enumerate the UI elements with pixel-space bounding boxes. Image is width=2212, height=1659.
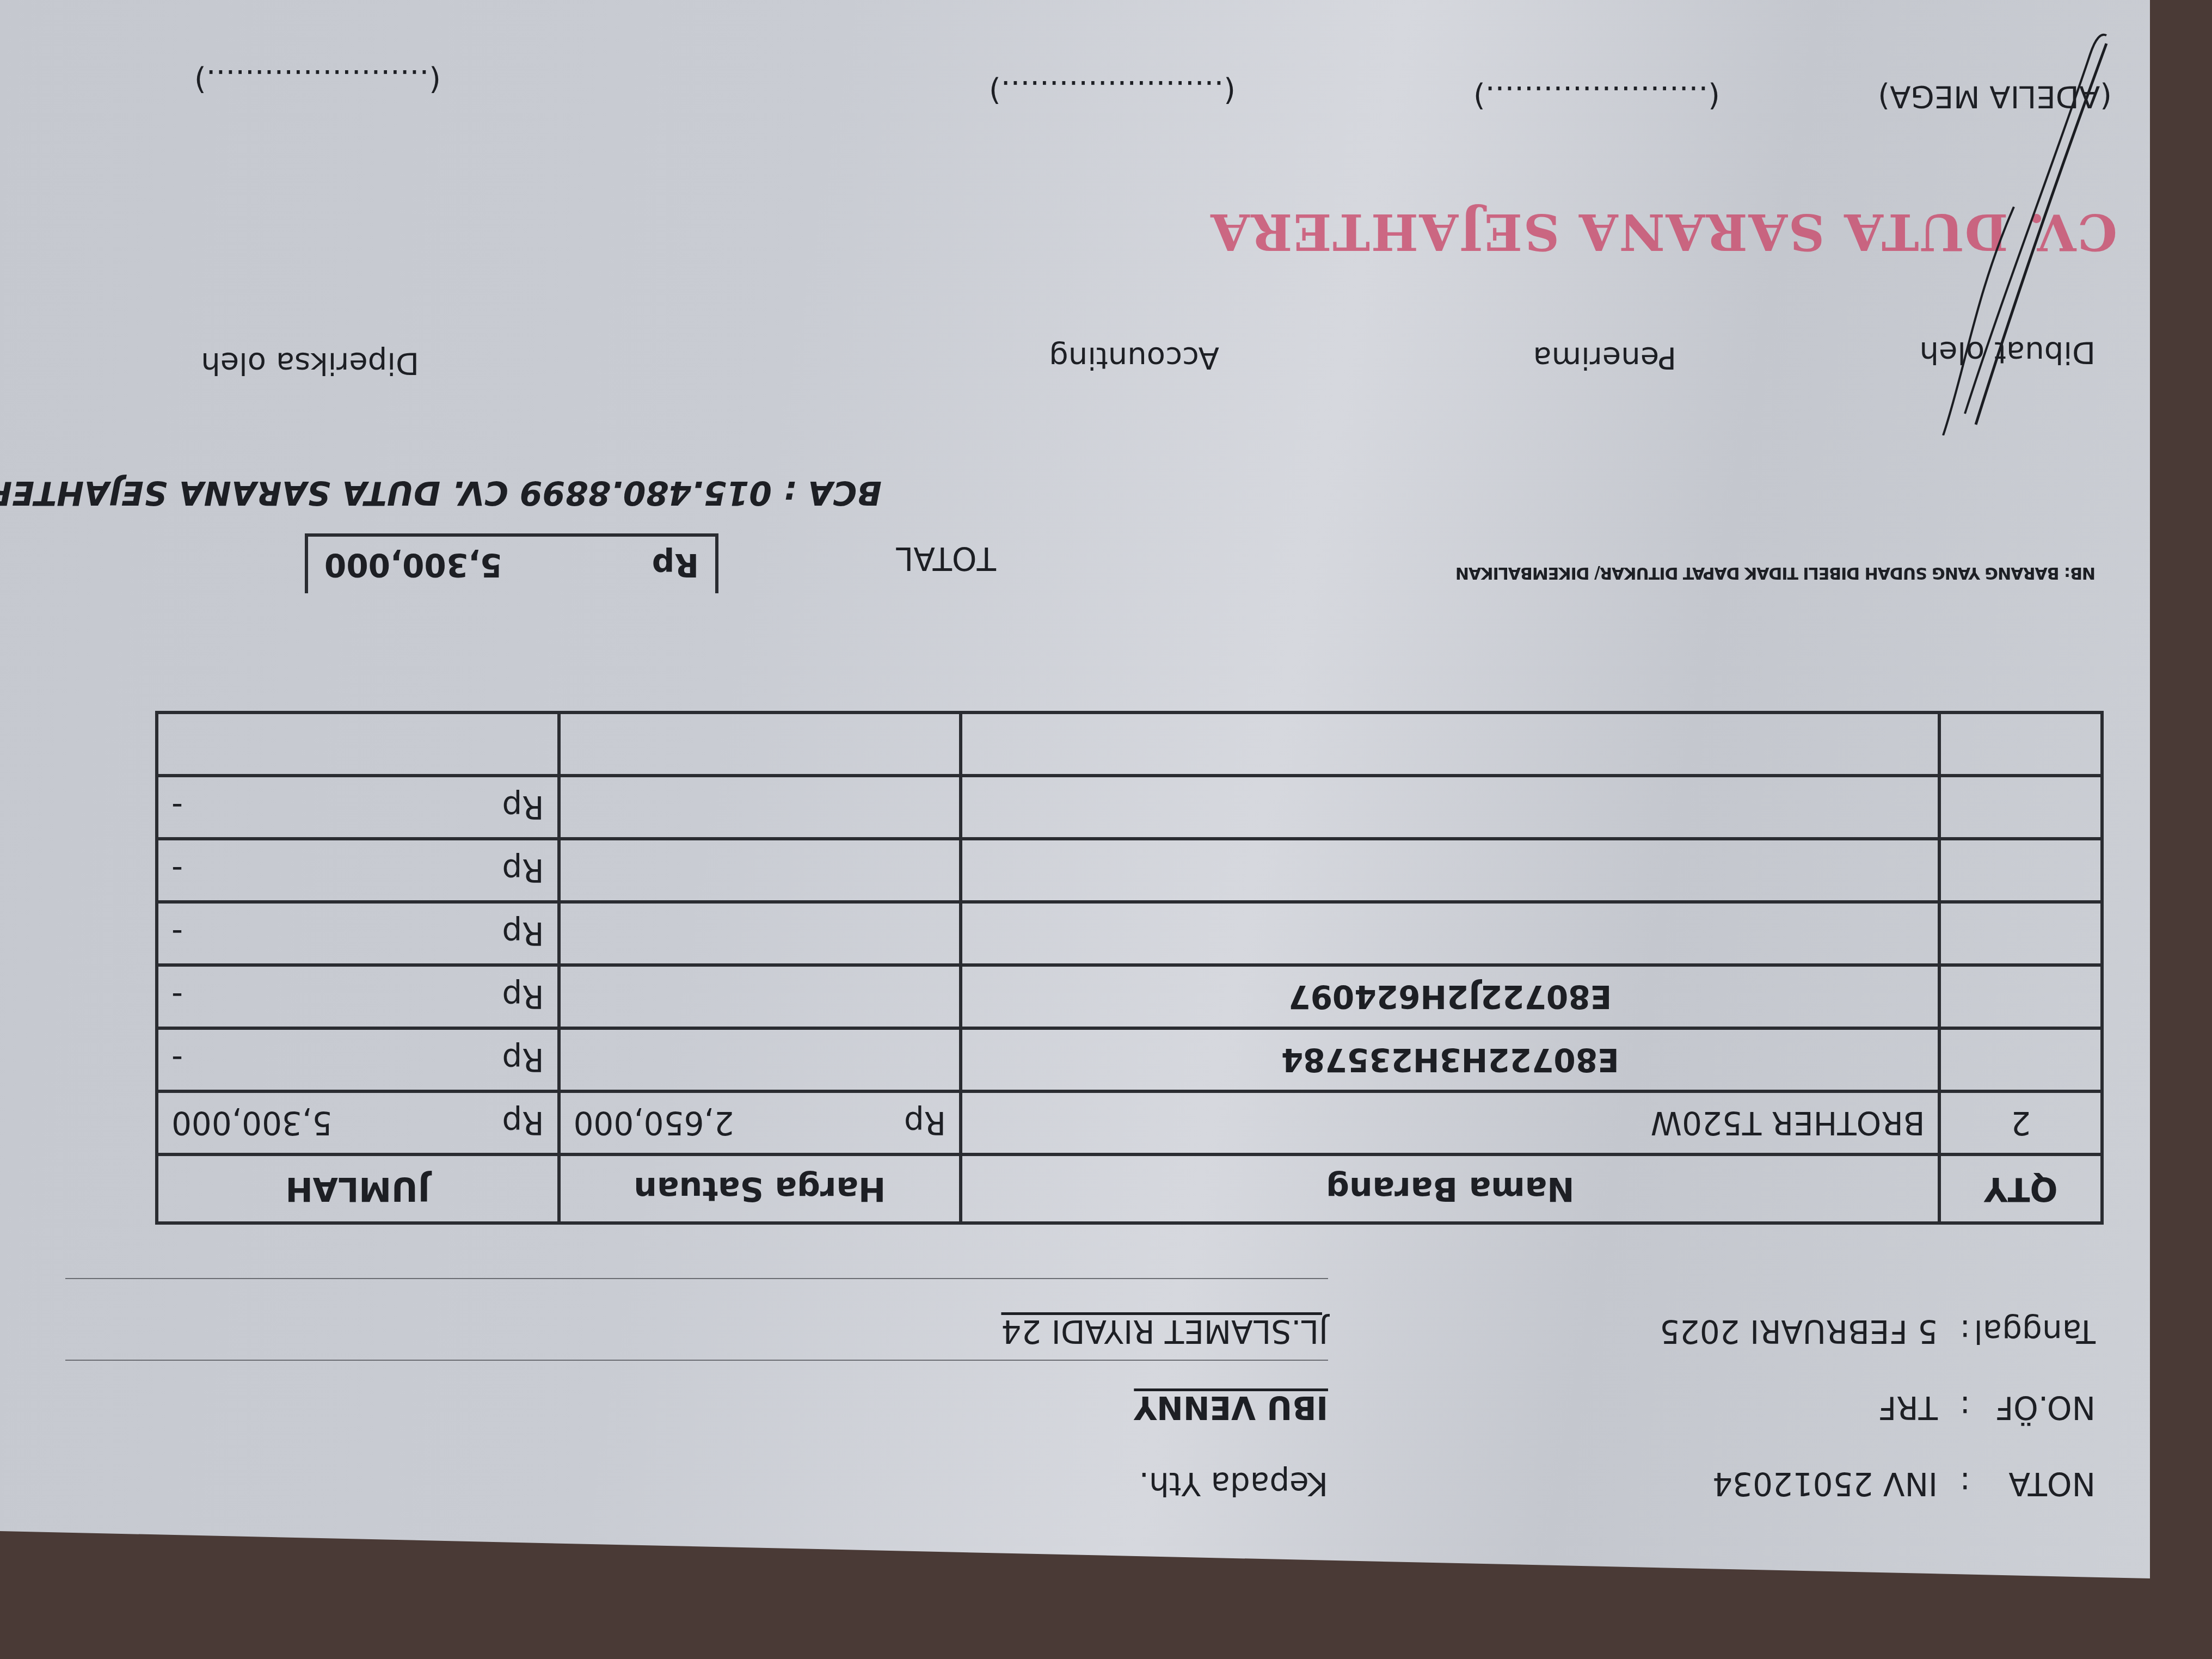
amount-value: 5,300,000 — [171, 1104, 332, 1141]
receiver-name-blank: (.......................) — [1473, 79, 1720, 114]
row-amount: Rp- — [157, 902, 559, 965]
col-amount: JUMLAH — [157, 1154, 559, 1223]
amount-value: - — [171, 978, 183, 1015]
row-amount: Rp- — [157, 965, 559, 1028]
table-row: Rp- — [157, 776, 2102, 839]
nof-value: TRF — [1878, 1389, 1938, 1426]
nota-number: INV 25012034 — [1712, 1465, 1938, 1502]
table-row: E80722J2H624097 Rp- — [157, 965, 2102, 1028]
col-qty: QTY — [1939, 1154, 2102, 1223]
row-item-name — [961, 839, 1939, 902]
table-row: Rp- — [157, 902, 2102, 965]
date-line: Tanggal:5 FEBRUARI 2025 — [1660, 1313, 2096, 1350]
row-unit-price — [559, 839, 961, 902]
row-amount: Rp5,300,000 — [157, 1091, 559, 1154]
row-qty — [1939, 839, 2102, 902]
made-by-name: (ADELIA MEGA) — [1878, 79, 2112, 114]
table-row: 2 BROTHER T520W Rp2,650,000 Rp5,300,000 — [157, 1091, 2102, 1154]
row-unit-price — [559, 1028, 961, 1091]
bank-account: BCA : 015.480.8899 CV. DUTA SARANA SEJAH… — [0, 474, 882, 512]
row-amount: Rp- — [157, 1028, 559, 1091]
amount-currency: Rp — [502, 1041, 544, 1078]
total-cell: Rp 5,300,000 — [305, 533, 718, 593]
date-label: Tanggal — [1970, 1313, 2096, 1350]
recipient-label: Kepada Yth. — [1139, 1465, 1328, 1502]
checked-by-label: Diperiksa oleh — [201, 346, 419, 381]
customer-address: JL.SLAMET RIYADI 24 — [1001, 1313, 1328, 1350]
amount-value: - — [171, 852, 183, 889]
row-amount — [157, 712, 559, 776]
row-qty — [1939, 965, 2102, 1028]
unit-price-value: 2,650,000 — [574, 1104, 734, 1141]
amount-currency: Rp — [502, 1104, 544, 1141]
row-unit-price — [559, 712, 961, 776]
total-currency: Rp — [652, 546, 699, 583]
amount-currency: Rp — [502, 852, 544, 889]
accounting-label: Accounting — [1049, 340, 1219, 376]
unit-currency: Rp — [904, 1104, 946, 1141]
nof-line: NO.ÖF:TRF — [1878, 1389, 2096, 1426]
nof-separator: : — [1938, 1389, 1970, 1426]
nof-label: NO.ÖF — [1970, 1389, 2096, 1426]
amount-value: - — [171, 1041, 183, 1078]
customer-underline — [65, 1360, 1328, 1361]
row-item-name — [961, 776, 1939, 839]
row-qty — [1939, 1028, 2102, 1091]
table-row: Rp- — [157, 839, 2102, 902]
row-unit-price — [559, 776, 961, 839]
row-item-name — [961, 902, 1939, 965]
nota-separator: : — [1938, 1465, 1970, 1502]
total-value: 5,300,000 — [324, 546, 502, 583]
nota-line: NOTA:INV 25012034 — [1712, 1465, 2096, 1502]
row-item-name — [961, 712, 1939, 776]
row-unit-price: Rp2,650,000 — [559, 1091, 961, 1154]
date-value: 5 FEBRUARI 2025 — [1660, 1313, 1938, 1350]
amount-currency: Rp — [502, 915, 544, 952]
date-separator: : — [1938, 1313, 1970, 1350]
row-qty: 2 — [1939, 1091, 2102, 1154]
amount-currency: Rp — [502, 789, 544, 826]
col-unit-price: Harga Satuan — [559, 1154, 961, 1223]
row-item-name: E80722J2H624097 — [961, 965, 1939, 1028]
table-row — [157, 712, 2102, 776]
row-item-name: E80722H3H235784 — [961, 1028, 1939, 1091]
row-item-name: BROTHER T520W — [961, 1091, 1939, 1154]
row-amount: Rp- — [157, 776, 559, 839]
table-row: E80722H3H235784 Rp- — [157, 1028, 2102, 1091]
row-unit-price — [559, 965, 961, 1028]
row-qty — [1939, 776, 2102, 839]
items-table: QTY Nama Barang Harga Satuan JUMLAH 2 BR… — [155, 711, 2104, 1225]
customer-name: IBU VENNY — [1134, 1389, 1328, 1426]
receiver-label: Penerima — [1533, 340, 1676, 376]
amount-value: - — [171, 915, 183, 952]
invoice-document: NOTA:INV 25012034 NO.ÖF:TRF Tanggal:5 FE… — [0, 0, 2150, 1578]
row-amount: Rp- — [157, 839, 559, 902]
address-underline — [65, 1278, 1328, 1279]
checked-by-name-blank: (.......................) — [194, 63, 441, 98]
nota-label: NOTA — [1970, 1465, 2096, 1502]
table-header-row: QTY Nama Barang Harga Satuan JUMLAH — [157, 1154, 2102, 1223]
row-qty — [1939, 712, 2102, 776]
row-qty — [1939, 902, 2102, 965]
row-unit-price — [559, 902, 961, 965]
accounting-name-blank: (.......................) — [989, 73, 1236, 109]
amount-value: - — [171, 789, 183, 826]
total-label: TOTAL — [896, 540, 996, 577]
amount-currency: Rp — [502, 978, 544, 1015]
return-policy-note: NB: BARANG YANG SUDAH DIBELI TIDAK DAPAT… — [1456, 563, 2096, 582]
col-item-name: Nama Barang — [961, 1154, 1939, 1223]
